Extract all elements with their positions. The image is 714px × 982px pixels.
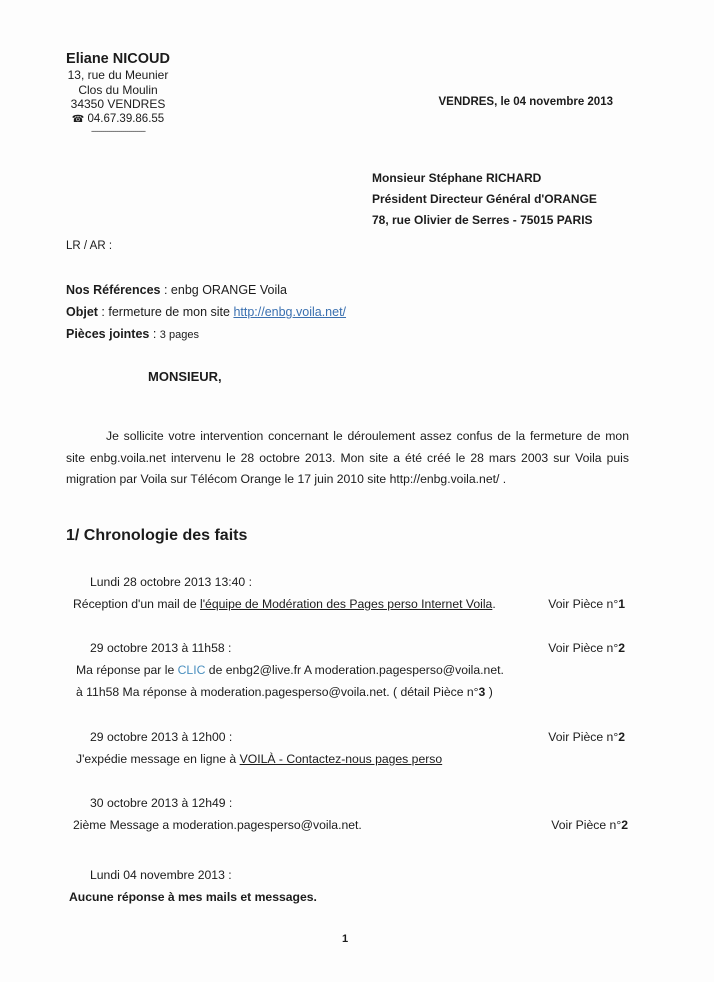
event-2-line2-suffix: ) — [485, 685, 492, 699]
event-4-date: 30 octobre 2013 à 12h49 : — [90, 796, 232, 810]
references-value: : enbg ORANGE Voila — [161, 283, 287, 297]
site-link[interactable]: http://enbg.voila.net/ — [233, 305, 346, 319]
lr-ar-label: LR / AR : — [66, 240, 112, 252]
objet-value: : fermeture de mon site — [98, 305, 233, 319]
ref-prefix: Voir Pièce n° — [551, 818, 621, 832]
recipient-block: Monsieur Stéphane RICHARD Président Dire… — [372, 168, 597, 231]
recipient-title: Président Directeur Général d'ORANGE — [372, 189, 597, 210]
letter-date: VENDRES, le 04 novembre 2013 — [439, 96, 614, 108]
sender-locality: Clos du Moulin — [60, 83, 176, 98]
ref-number: 2 — [618, 730, 625, 744]
event-2-line-1: Ma réponse par le CLIC de enbg2@live.fr … — [76, 663, 504, 677]
attachments-sep: : — [149, 327, 159, 341]
event-2-prefix: Ma réponse par le — [76, 663, 178, 677]
event-2-line2-prefix: à 11h58 Ma réponse à moderation.pagesper… — [76, 685, 479, 699]
attachments-line: Pièces jointes : 3 pages — [66, 323, 346, 346]
section-title: 1/ Chronologie des faits — [66, 527, 247, 545]
intro-line-1: Je sollicite votre intervention concerna… — [66, 429, 600, 443]
event-3-ref: Voir Pièce n°2 — [548, 730, 625, 744]
ref-prefix: Voir Pièce n° — [548, 597, 618, 611]
page-number: 1 — [342, 933, 348, 945]
objet-line: Objet : fermeture de mon site http://enb… — [66, 301, 346, 323]
ref-number: 2 — [618, 641, 625, 655]
event-2-date: 29 octobre 2013 à 11h58 : — [90, 641, 231, 655]
objet-label: Objet — [66, 305, 98, 319]
ref-number: 1 — [618, 597, 625, 611]
references-label: Nos Références — [66, 283, 161, 297]
sender-phone: 04.67.39.86.55 — [87, 113, 164, 125]
clic-link[interactable]: CLIC — [178, 663, 206, 677]
salutation: MONSIEUR, — [148, 369, 222, 384]
separator-line: --------------------------- — [60, 127, 176, 136]
event-4-ref: Voir Pièce n°2 — [551, 818, 628, 832]
sender-name: Eliane NICOUD — [60, 50, 176, 68]
ref-prefix: Voir Pièce n° — [548, 730, 618, 744]
recipient-name: Monsieur Stéphane RICHARD — [372, 168, 597, 189]
event-5-text: Aucune réponse à mes mails et messages. — [69, 890, 317, 904]
ref-prefix: Voir Pièce n° — [548, 641, 618, 655]
sender-phone-line: ☎ 04.67.39.86.55 — [60, 112, 176, 128]
event-3-text: J'expédie message en ligne à VOILÀ - Con… — [76, 752, 442, 766]
event-1-prefix: Réception d'un mail de — [73, 597, 200, 611]
event-1-ref: Voir Pièce n°1 — [548, 597, 625, 611]
references-line: Nos Références : enbg ORANGE Voila — [66, 279, 346, 301]
event-1-text: Réception d'un mail de l'équipe de Modér… — [73, 597, 496, 611]
sender-city: 34350 VENDRES — [60, 97, 176, 112]
event-3-prefix: J'expédie message en ligne à — [76, 752, 240, 766]
event-5-date: Lundi 04 novembre 2013 : — [90, 868, 232, 882]
phone-icon: ☎ — [72, 114, 84, 125]
event-2-suffix: de enbg2@live.fr A moderation.pagesperso… — [205, 663, 503, 677]
event-1-date: Lundi 28 octobre 2013 13:40 : — [90, 575, 252, 589]
moderation-team-link[interactable]: l'équipe de Modération des Pages perso I… — [200, 597, 492, 611]
sender-street: 13, rue du Meunier — [60, 68, 176, 83]
attachments-label: Pièces jointes — [66, 327, 149, 341]
recipient-address: 78, rue Olivier de Serres - 75015 PARIS — [372, 210, 597, 231]
event-2-ref: Voir Pièce n°2 — [548, 641, 625, 655]
event-1-suffix: . — [492, 597, 495, 611]
ref-number: 2 — [621, 818, 628, 832]
event-4-text: 2ième Message a moderation.pagesperso@vo… — [73, 818, 362, 832]
event-2-line-2: à 11h58 Ma réponse à moderation.pagesper… — [76, 685, 493, 699]
event-3-date: 29 octobre 2013 à 12h00 : — [90, 730, 232, 744]
voila-contact-link[interactable]: VOILÀ - Contactez-nous pages perso — [240, 752, 443, 766]
sender-block: Eliane NICOUD 13, rue du Meunier Clos du… — [60, 50, 176, 136]
references-block: Nos Références : enbg ORANGE Voila Objet… — [66, 279, 346, 346]
attachments-value: 3 pages — [160, 329, 199, 341]
intro-paragraph: Je sollicite votre intervention concerna… — [66, 426, 629, 491]
